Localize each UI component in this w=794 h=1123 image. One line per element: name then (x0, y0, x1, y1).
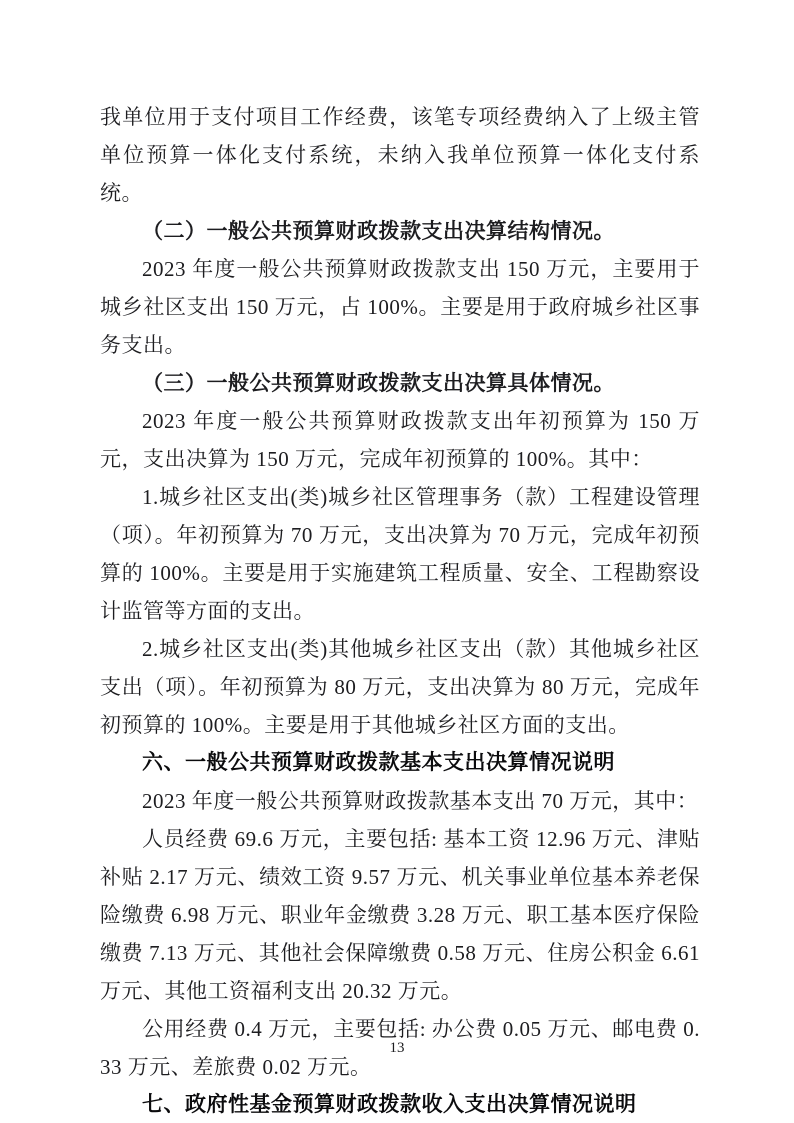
section-heading-7-government-fund: 七、政府性基金预算财政拨款收入支出决算情况说明 (100, 1086, 700, 1123)
sub-heading-2-expenditure-structure: （二）一般公共预算财政拨款支出决算结构情况。 (100, 212, 700, 250)
page-number: 13 (0, 1038, 794, 1058)
paragraph-expenditure-structure: 2023 年度一般公共预算财政拨款支出 150 万元，主要用于城乡社区支出 15… (100, 250, 700, 364)
paragraph-basic-expenditure-total: 2023 年度一般公共预算财政拨款基本支出 70 万元，其中： (100, 782, 700, 820)
sub-heading-3-expenditure-detail: （三）一般公共预算财政拨款支出决算具体情况。 (100, 364, 700, 402)
paragraph-item-1-urban-rural: 1.城乡社区支出(类)城乡社区管理事务（款）工程建设管理（项）。年初预算为 70… (100, 478, 700, 630)
paragraph-personnel-funds: 人员经费 69.6 万元，主要包括: 基本工资 12.96 万元、津贴补贴 2.… (100, 820, 700, 1010)
paragraph-expenditure-detail: 2023 年度一般公共预算财政拨款支出年初预算为 150 万元，支出决算为 15… (100, 402, 700, 478)
paragraph-continuation: 我单位用于支付项目工作经费，该笔专项经费纳入了上级主管单位预算一体化支付系统，未… (100, 98, 700, 212)
document-body: 我单位用于支付项目工作经费，该笔专项经费纳入了上级主管单位预算一体化支付系统，未… (100, 98, 700, 1123)
paragraph-item-2-other-community: 2.城乡社区支出(类)其他城乡社区支出（款）其他城乡社区支出（项）。年初预算为 … (100, 630, 700, 744)
section-heading-6-basic-expenditure: 六、一般公共预算财政拨款基本支出决算情况说明 (100, 744, 700, 782)
document-page: 我单位用于支付项目工作经费，该笔专项经费纳入了上级主管单位预算一体化支付系统，未… (0, 0, 794, 1123)
